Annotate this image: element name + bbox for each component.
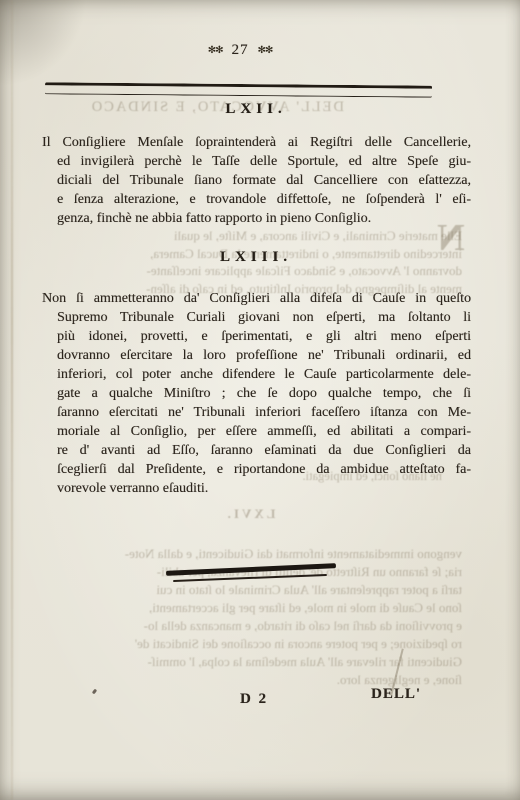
bleedthrough-section-number: LXVI. xyxy=(213,506,287,522)
page-header: ✻✻27✻✻ xyxy=(0,42,480,59)
article-lxiii-text: Non ſi ammetteranno da' Conſiglieri alla… xyxy=(42,289,471,498)
text-line: re d' avanti ad Eſſo, ſaranno eſaminati … xyxy=(57,441,471,460)
text-line: genza, finchè ne abbia fatto rapporto in… xyxy=(57,209,471,228)
ink-speck xyxy=(92,689,97,695)
text-line: dovranno eſercitare la loro profeſſione … xyxy=(57,346,471,365)
bleedthrough-line: Elle materie Criminali, e Civili ancora,… xyxy=(50,227,462,245)
head-rule xyxy=(45,82,432,97)
catchword: DELL' xyxy=(371,686,421,703)
bleedthrough-line: ro ſpedizione; e per potere ancora in oc… xyxy=(38,635,462,653)
text-line: ſaranno eſercitati ne' Tribunali inferio… xyxy=(57,403,471,422)
fleuron-ornament-icon: ✻✻ xyxy=(208,45,223,56)
fleuron-ornament-icon: ✻✻ xyxy=(258,45,273,56)
binding-crease xyxy=(11,0,13,800)
text-line: ed invigilerà perchè le Taſſe delle Spor… xyxy=(57,152,471,171)
text-line: ſceglierſi dal Preſidente, e riportandon… xyxy=(57,460,471,479)
book-page: DELL' AVVOCATO, E SINDACO N Elle materie… xyxy=(0,0,520,800)
text-line: più idonei, provetti, e ſperimentati, e … xyxy=(57,327,471,346)
bleedthrough-line: e provviſioni da darſi nel caſo di ritar… xyxy=(38,617,462,635)
article-lxii-text: Il Conſigliere Menſale ſopraintenderà ai… xyxy=(42,133,471,228)
signature-mark: D 2 xyxy=(222,691,286,708)
section-heading-lxii: LXII. xyxy=(0,101,512,118)
page-number: 27 xyxy=(223,42,258,58)
text-line: Il Conſigliere Menſale ſopraintenderà ai… xyxy=(42,133,471,152)
text-line: diciali del Tribunale ſiano formate dal … xyxy=(57,171,471,190)
bleedthrough-line: tarſi a poter rappreſentare all' Aula Cr… xyxy=(38,581,462,599)
bleedthrough-line: vengono immediatamente informati dai Giu… xyxy=(38,545,462,563)
text-line: e ſenza alterazione, e trovandole diffet… xyxy=(57,190,471,209)
text-line: vorevole verranno eſauditi. xyxy=(57,479,471,498)
text-line: gate a qualche Miniſtro ; che ſe dopo qu… xyxy=(57,384,471,403)
text-line: Supremo Tribunale Curiali giovani non eſ… xyxy=(57,308,471,327)
text-line: moriale al Conſiglio, per eſſere ammeſſi… xyxy=(57,422,471,441)
text-line: inferiori, col poter anche difendere le … xyxy=(57,365,471,384)
bleedthrough-line: ſono le Cauſe di mole in mole, ed iſtare… xyxy=(38,599,462,617)
text-line: Non ſi ammetteranno da' Conſiglieri alla… xyxy=(42,289,471,308)
section-heading-lxiii: LXIII. xyxy=(0,249,512,266)
